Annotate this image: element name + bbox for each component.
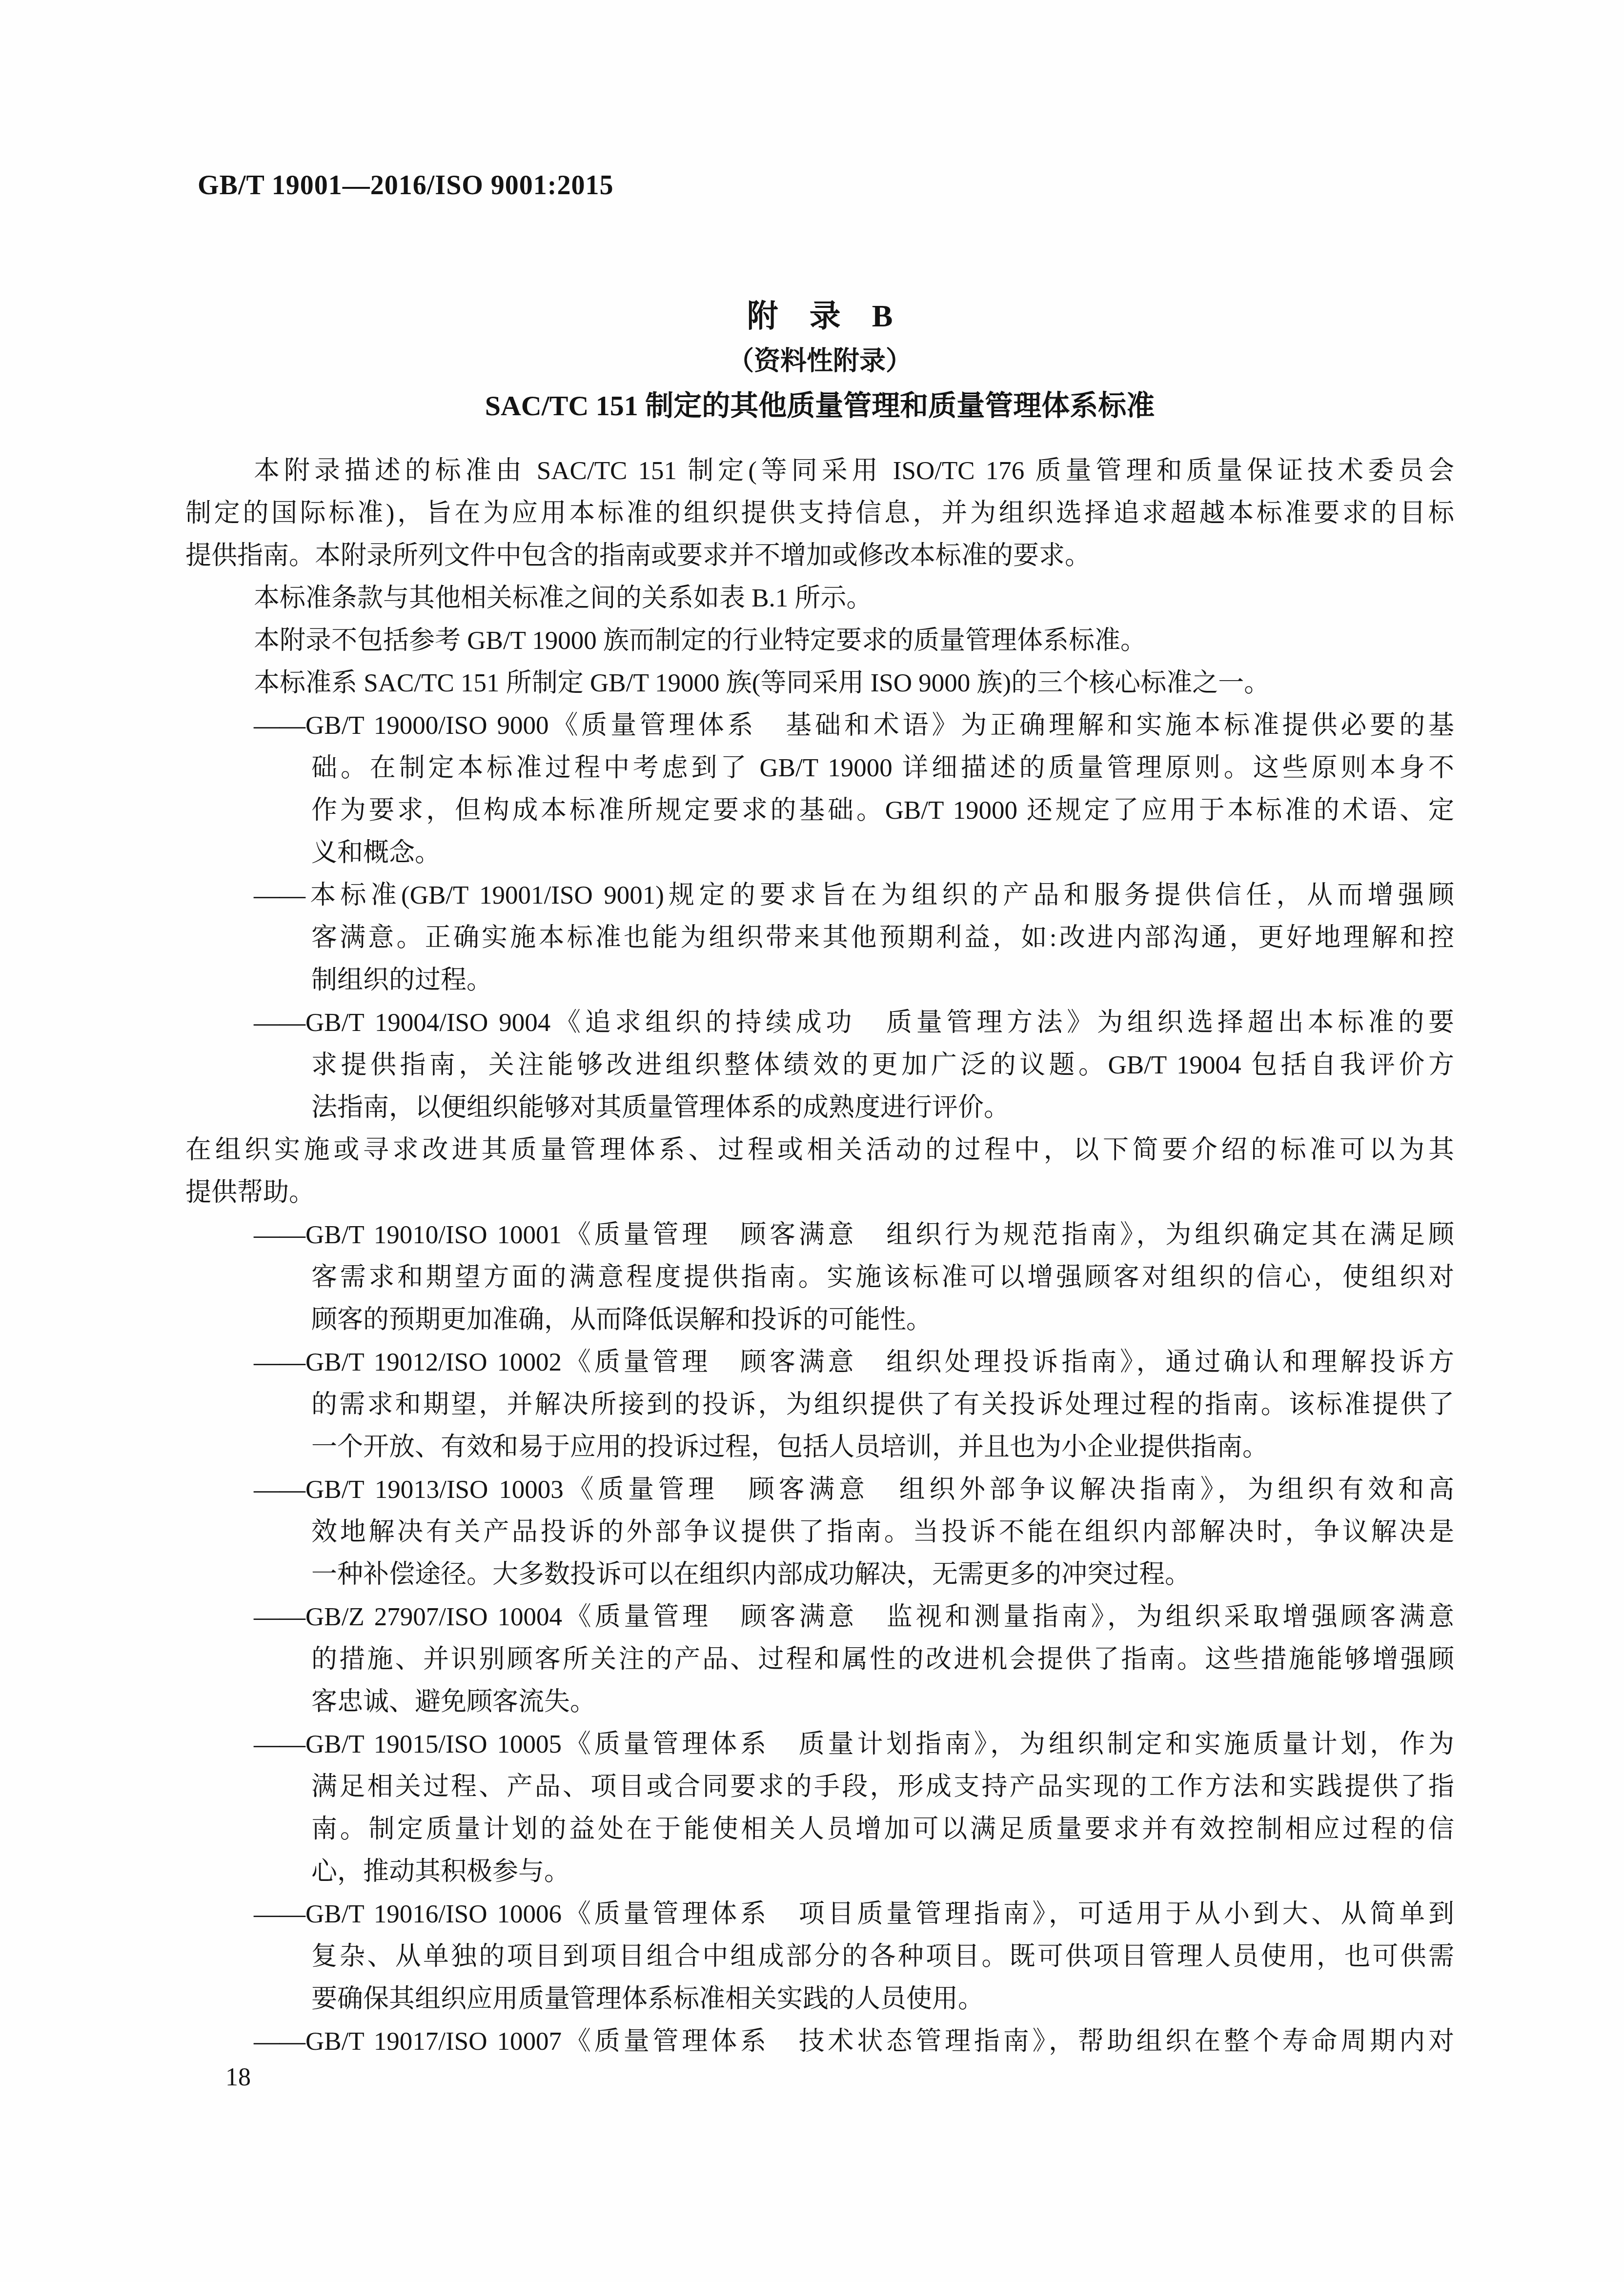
- text-line: ——GB/T 19012/ISO 10002《质量管理 顾客满意 组织处理投诉指…: [185, 1341, 1454, 1384]
- text-line: ——GB/T 19016/ISO 10006《质量管理体系 项目质量管理指南》，…: [185, 1893, 1454, 1936]
- appendix-title-block: 附 录 B （资料性附录） SAC/TC 151 制定的其他质量管理和质量管理体…: [185, 294, 1454, 428]
- page-number: 18: [225, 2063, 251, 2092]
- text-line: 制定的国际标准)，旨在为应用本标准的组织提供支持信息，并为组织选择追求超越本标准…: [185, 492, 1454, 535]
- text-line: ——GB/T 19013/ISO 10003《质量管理 顾客满意 组织外部争议解…: [185, 1469, 1454, 1511]
- text-line: 效地解决有关产品投诉的外部争议提供了指南。当投诉不能在组织内部解决时，争议解决是: [185, 1511, 1454, 1554]
- text-line: 客忠诚、避免顾客流失。: [185, 1681, 1454, 1723]
- text-line: ——GB/T 19000/ISO 9000《质量管理体系 基础和术语》为正确理解…: [185, 705, 1454, 747]
- text-line: ——GB/T 19015/ISO 10005《质量管理体系 质量计划指南》，为组…: [185, 1723, 1454, 1766]
- document-page: GB/T 19001—2016/ISO 9001:2015 附 录 B （资料性…: [0, 0, 1624, 2282]
- body-text: 本附录描述的标准由 SAC/TC 151 制定(等同采用 ISO/TC 176 …: [185, 450, 1454, 2063]
- appendix-informative-label: （资料性附录）: [185, 339, 1454, 384]
- text-line: 客满意。正确实施本标准也能为组织带来其他预期利益，如:改进内部沟通，更好地理解和…: [185, 917, 1454, 959]
- text-line: 提供帮助。: [185, 1171, 1454, 1214]
- text-line: 顾客的预期更加准确，从而降低误解和投诉的可能性。: [185, 1299, 1454, 1341]
- text-line: 法指南，以便组织能够对其质量管理体系的成熟度进行评价。: [185, 1087, 1454, 1129]
- text-line: 制组织的过程。: [185, 959, 1454, 1002]
- appendix-title: 附 录 B: [185, 294, 1454, 339]
- text-line: 本标准条款与其他相关标准之间的关系如表 B.1 所示。: [185, 577, 1454, 620]
- text-line: 一个开放、有效和易于应用的投诉过程，包括人员培训，并且也为小企业提供指南。: [185, 1426, 1454, 1469]
- text-line: 要确保其组织应用质量管理体系标准相关实践的人员使用。: [185, 1978, 1454, 2020]
- text-line: ——GB/T 19004/ISO 9004《追求组织的持续成功 质量管理方法》为…: [185, 1002, 1454, 1044]
- text-line: ——GB/T 19010/ISO 10001《质量管理 顾客满意 组织行为规范指…: [185, 1214, 1454, 1256]
- text-line: 的需求和期望，并解决所接到的投诉，为组织提供了有关投诉处理过程的指南。该标准提供…: [185, 1384, 1454, 1426]
- text-line: 心，推动其积极参与。: [185, 1851, 1454, 1893]
- text-line: 客需求和期望方面的满意程度提供指南。实施该标准可以增强顾客对组织的信心，使组织对: [185, 1256, 1454, 1299]
- standard-number-header: GB/T 19001—2016/ISO 9001:2015: [198, 168, 614, 202]
- text-line: 提供指南。本附录所列文件中包含的指南或要求并不增加或修改本标准的要求。: [185, 535, 1454, 577]
- text-line: 一种补偿途径。大多数投诉可以在组织内部成功解决，无需更多的冲突过程。: [185, 1554, 1454, 1596]
- text-line: 满足相关过程、产品、项目或合同要求的手段，形成支持产品实现的工作方法和实践提供了…: [185, 1766, 1454, 1808]
- text-line: ——GB/Z 27907/ISO 10004《质量管理 顾客满意 监视和测量指南…: [185, 1596, 1454, 1638]
- text-line: 义和概念。: [185, 832, 1454, 874]
- text-line: 作为要求，但构成本标准所规定要求的基础。GB/T 19000 还规定了应用于本标…: [185, 789, 1454, 832]
- text-line: 本附录不包括参考 GB/T 19000 族而制定的行业特定要求的质量管理体系标准…: [185, 620, 1454, 662]
- text-line: 础。在制定本标准过程中考虑到了 GB/T 19000 详细描述的质量管理原则。这…: [185, 747, 1454, 789]
- text-line: 本附录描述的标准由 SAC/TC 151 制定(等同采用 ISO/TC 176 …: [185, 450, 1454, 492]
- appendix-heading: SAC/TC 151 制定的其他质量管理和质量管理体系标准: [185, 384, 1454, 428]
- text-line: ——GB/T 19017/ISO 10007《质量管理体系 技术状态管理指南》，…: [185, 2020, 1454, 2063]
- text-line: 在组织实施或寻求改进其质量管理体系、过程或相关活动的过程中，以下简要介绍的标准可…: [185, 1129, 1454, 1171]
- text-line: 本标准系 SAC/TC 151 所制定 GB/T 19000 族(等同采用 IS…: [185, 662, 1454, 705]
- text-line: 复杂、从单独的项目到项目组合中组成部分的各种项目。既可供项目管理人员使用，也可供…: [185, 1936, 1454, 1978]
- text-line: ——本标准(GB/T 19001/ISO 9001)规定的要求旨在为组织的产品和…: [185, 874, 1454, 917]
- text-line: 南。制定质量计划的益处在于能使相关人员增加可以满足质量要求并有效控制相应过程的信: [185, 1808, 1454, 1851]
- text-line: 求提供指南，关注能够改进组织整体绩效的更加广泛的议题。GB/T 19004 包括…: [185, 1044, 1454, 1087]
- text-line: 的措施、并识别顾客所关注的产品、过程和属性的改进机会提供了指南。这些措施能够增强…: [185, 1638, 1454, 1681]
